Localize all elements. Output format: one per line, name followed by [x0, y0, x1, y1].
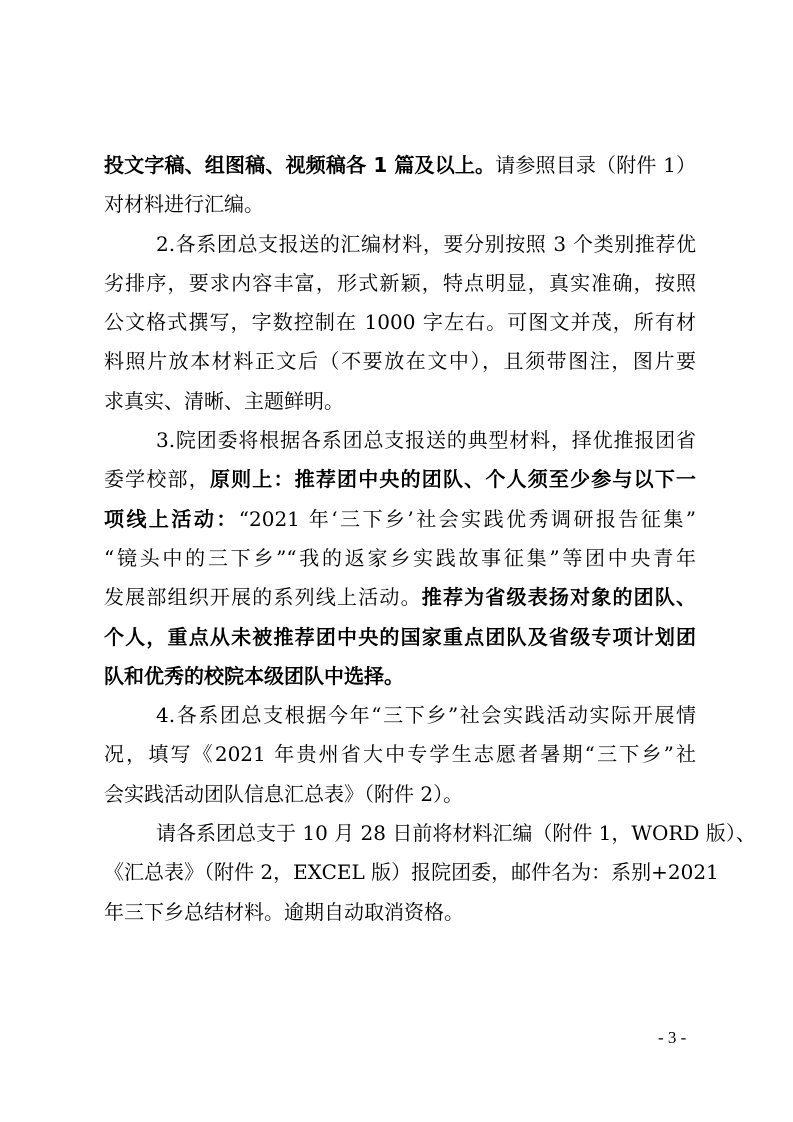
text-line: 年三下乡总结材料。逾期自动取消资格。	[104, 893, 696, 932]
text-run: 3.院团委将根据各系团总支报送的典型材料，择优推报团省	[156, 428, 696, 452]
text-line: 对材料进行汇编。	[104, 185, 696, 224]
text-run: 4.各系团总支根据今年“三下乡”社会实践活动实际开展情	[156, 703, 696, 727]
text-line: 个人，重点从未被推荐团中央的国家重点团队及省级专项计划团	[104, 618, 696, 657]
text-line: 3.院团委将根据各系团总支报送的典型材料，择优推报团省	[104, 421, 696, 460]
text-line: 队和优秀的校院本级团队中选择。	[104, 657, 696, 696]
text-run: 委学校部，	[104, 467, 210, 491]
page-number: - 3 -	[658, 1028, 686, 1048]
text-run: 请各系团总支于 10 月 28 日前将材料汇编（附件 1，WORD 版）、	[156, 821, 756, 845]
bold-text: 队和优秀的校院本级团队中选择。	[104, 664, 404, 688]
text-line: 4.各系团总支根据今年“三下乡”社会实践活动实际开展情	[104, 696, 696, 735]
text-line: 会实践活动团队信息汇总表》（附件 2）。	[104, 775, 696, 814]
text-run: 请参照目录（附件 1）	[495, 153, 696, 177]
text-run: 况，填写《2021 年贵州省大中专学生志愿者暑期“三下乡”社	[104, 742, 696, 766]
text-line: 请各系团总支于 10 月 28 日前将材料汇编（附件 1，WORD 版）、	[104, 814, 696, 853]
bold-text: 投文字稿、组图稿、视频稿各 1 篇及以上。	[104, 153, 495, 177]
text-run: 年三下乡总结材料。逾期自动取消资格。	[104, 900, 464, 924]
text-line: “镜头中的三下乡”“我的返家乡实践故事征集”等团中央青年	[104, 539, 696, 578]
text-line: 委学校部，原则上：推荐团中央的团队、个人须至少参与以下一	[104, 460, 696, 499]
bold-text: 原则上：推荐团中央的团队、个人须至少参与以下一	[210, 467, 696, 491]
text-line: 公文格式撰写，字数控制在 1000 字左右。可图文并茂，所有材	[104, 303, 696, 342]
text-run: 劣排序，要求内容丰富，形式新颖，特点明显，真实准确，按照	[104, 271, 696, 295]
text-run: 对材料进行汇编。	[104, 192, 264, 216]
text-run: 《汇总表》（附件 2，EXCEL 版）报院团委，邮件名为：系别+2021	[104, 860, 719, 884]
text-run: “2021 年‘三下乡’社会实践优秀调研报告征集”	[239, 507, 696, 531]
text-run: 会实践活动团队信息汇总表》（附件 2）。	[104, 782, 463, 806]
text-run: 求真实、清晰、主题鲜明。	[104, 389, 344, 413]
text-line: 发展部组织开展的系列线上活动。推荐为省级表扬对象的团队、	[104, 578, 696, 617]
paragraph-item-4: 4.各系团总支根据今年“三下乡”社会实践活动实际开展情 况，填写《2021 年贵…	[104, 696, 696, 814]
text-line: 劣排序，要求内容丰富，形式新颖，特点明显，真实准确，按照	[104, 264, 696, 303]
text-run: 发展部组织开展的系列线上活动。	[104, 585, 422, 609]
text-line: 2.各系团总支报送的汇编材料，要分别按照 3 个类别推荐优	[104, 225, 696, 264]
bold-text: 个人，重点从未被推荐团中央的国家重点团队及省级专项计划团	[104, 625, 696, 649]
paragraph-submission: 请各系团总支于 10 月 28 日前将材料汇编（附件 1，WORD 版）、 《汇…	[104, 814, 696, 932]
text-run: 2.各系团总支报送的汇编材料，要分别按照 3 个类别推荐优	[156, 232, 696, 256]
bold-text: 项线上活动：	[104, 507, 239, 531]
paragraph-item-2: 2.各系团总支报送的汇编材料，要分别按照 3 个类别推荐优 劣排序，要求内容丰富…	[104, 225, 696, 421]
text-line: 《汇总表》（附件 2，EXCEL 版）报院团委，邮件名为：系别+2021	[104, 853, 696, 892]
text-run: 公文格式撰写，字数控制在 1000 字左右。可图文并茂，所有材	[104, 310, 696, 334]
text-line: 料照片放本材料正文后（不要放在文中），且须带图注，图片要	[104, 342, 696, 381]
text-run: 料照片放本材料正文后（不要放在文中），且须带图注，图片要	[104, 349, 696, 373]
bold-text: 推荐为省级表扬对象的团队、	[422, 585, 696, 609]
text-line: 投文字稿、组图稿、视频稿各 1 篇及以上。请参照目录（附件 1）	[104, 146, 696, 185]
paragraph-item-3: 3.院团委将根据各系团总支报送的典型材料，择优推报团省 委学校部，原则上：推荐团…	[104, 421, 696, 696]
document-page: 投文字稿、组图稿、视频稿各 1 篇及以上。请参照目录（附件 1） 对材料进行汇编…	[0, 0, 793, 1122]
document-body: 投文字稿、组图稿、视频稿各 1 篇及以上。请参照目录（附件 1） 对材料进行汇编…	[104, 146, 696, 932]
text-line: 况，填写《2021 年贵州省大中专学生志愿者暑期“三下乡”社	[104, 735, 696, 774]
text-run: “镜头中的三下乡”“我的返家乡实践故事征集”等团中央青年	[104, 546, 696, 570]
paragraph-continuation: 投文字稿、组图稿、视频稿各 1 篇及以上。请参照目录（附件 1） 对材料进行汇编…	[104, 146, 696, 225]
text-line: 求真实、清晰、主题鲜明。	[104, 382, 696, 421]
text-line: 项线上活动：“2021 年‘三下乡’社会实践优秀调研报告征集”	[104, 500, 696, 539]
